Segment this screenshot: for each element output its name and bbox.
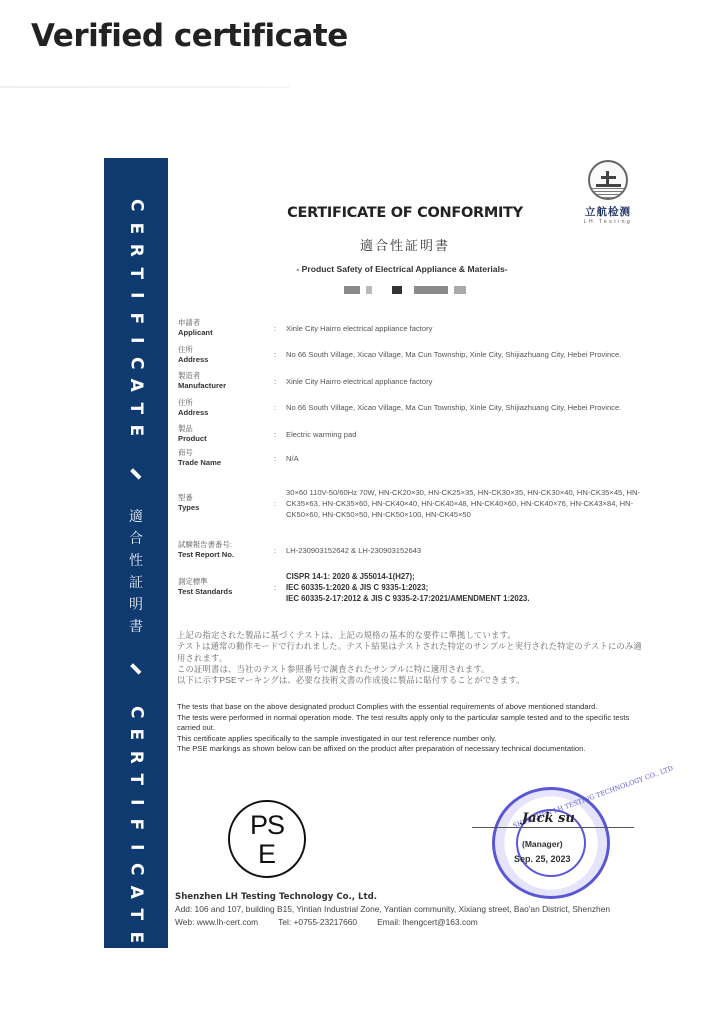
test-standards-value: CISPR 14-1: 2020 & J55014-1(H27); IEC 60… [286,571,648,604]
lh-testing-logo: 立航检测 LH Testing [566,160,650,234]
diamond-icon [131,468,142,479]
signer-title: (Manager) [522,839,563,849]
page-title: Verified certificate [31,18,348,54]
company-seal-stamp: SHENZHEN LH TESTING TECHNOLOGY CO., LTD … [492,787,610,899]
manufacturer-value: Xinle City Hairro electrical appliance f… [286,376,648,387]
certificate-heading: CERTIFICATE OF CONFORMITY 適合性証明書 - Produ… [270,205,540,294]
certificate-scope: - Product Safety of Electrical Appliance… [264,264,540,274]
certificate-title: CERTIFICATE OF CONFORMITY [270,205,540,221]
certificate-side-band: CERTIFICATE 適合性証明書 CERTIFICATE [104,158,168,948]
signature-line [472,827,634,828]
field-types: 型番Types : 30×60 110V-50/60Hz 70W, HN-CK2… [178,470,648,536]
issuer-email: Email: lhengcert@163.com [377,916,478,928]
issuer-tel: Tel: +0755-23217660 [278,916,357,928]
logo-en: LH Testing [566,219,650,225]
english-notes: The tests that base on the above designa… [177,702,647,755]
title-divider [0,86,290,88]
issuer-address: Add: 106 and 107, building B15, Yintian … [175,903,655,915]
issuer-name: Shenzhen LH Testing Technology Co., Ltd. [175,891,655,903]
diamond-icon [131,663,142,674]
manufacturer-address-value: No 66 South Village, Xicao Village, Ma C… [286,402,648,413]
lh-emblem-icon [588,160,628,200]
band-word-bottom: CERTIFICATE [129,701,142,949]
field-trade-name: 商号Trade Name : N/A [178,446,648,470]
issuer-block: Shenzhen LH Testing Technology Co., Ltd.… [175,891,655,928]
issuer-web: Web: www.lh-cert.com [175,916,258,928]
logo-cjk: 立航检测 [566,204,650,219]
product-value: Electric warming pad [286,429,648,440]
applicant-value: Xinle City Hairro electrical appliance f… [286,323,648,334]
pse-mark-icon: PS E [228,800,306,878]
trade-name-value: N/A [286,453,648,464]
band-cjk-text: 適合性証明書 [129,505,143,637]
field-product: 製品Product : Electric warming pad [178,422,648,446]
certificate-fields: 申請者Applicant : Xinle City Hairro electri… [178,316,648,610]
field-test-standards: 測定標準Test Standards : CISPR 14-1: 2020 & … [178,564,648,610]
certificate-subtitle-cjk: 適合性証明書 [270,235,540,254]
field-manufacturer: 製造者Manufacturer : Xinle City Hairro elec… [178,369,648,393]
test-report-value: LH-230903152642 & LH-230903152643 [286,545,648,556]
redacted-certificate-number [270,286,540,294]
field-applicant: 申請者Applicant : Xinle City Hairro electri… [178,316,648,340]
field-test-report: 試験報告書番号:Test Report No. : LH-23090315264… [178,536,648,564]
band-word-top: CERTIFICATE [129,194,142,442]
field-manufacturer-address: 住所Address : No 66 South Village, Xicao V… [178,393,648,422]
field-applicant-address: 住所Address : No 66 South Village, Xicao V… [178,340,648,369]
applicant-address-value: No 66 South Village, Xicao Village, Ma C… [286,349,648,360]
types-value: 30×60 110V-50/60Hz 70W, HN-CK20×30, HN-C… [286,487,648,520]
signature: Jack su [522,811,575,826]
japanese-notes: 上記の指定された製品に基づくテストは、上記の規格の基本的な要件に準拠しています。… [177,630,647,686]
issue-date: Sep. 25, 2023 [514,854,571,864]
